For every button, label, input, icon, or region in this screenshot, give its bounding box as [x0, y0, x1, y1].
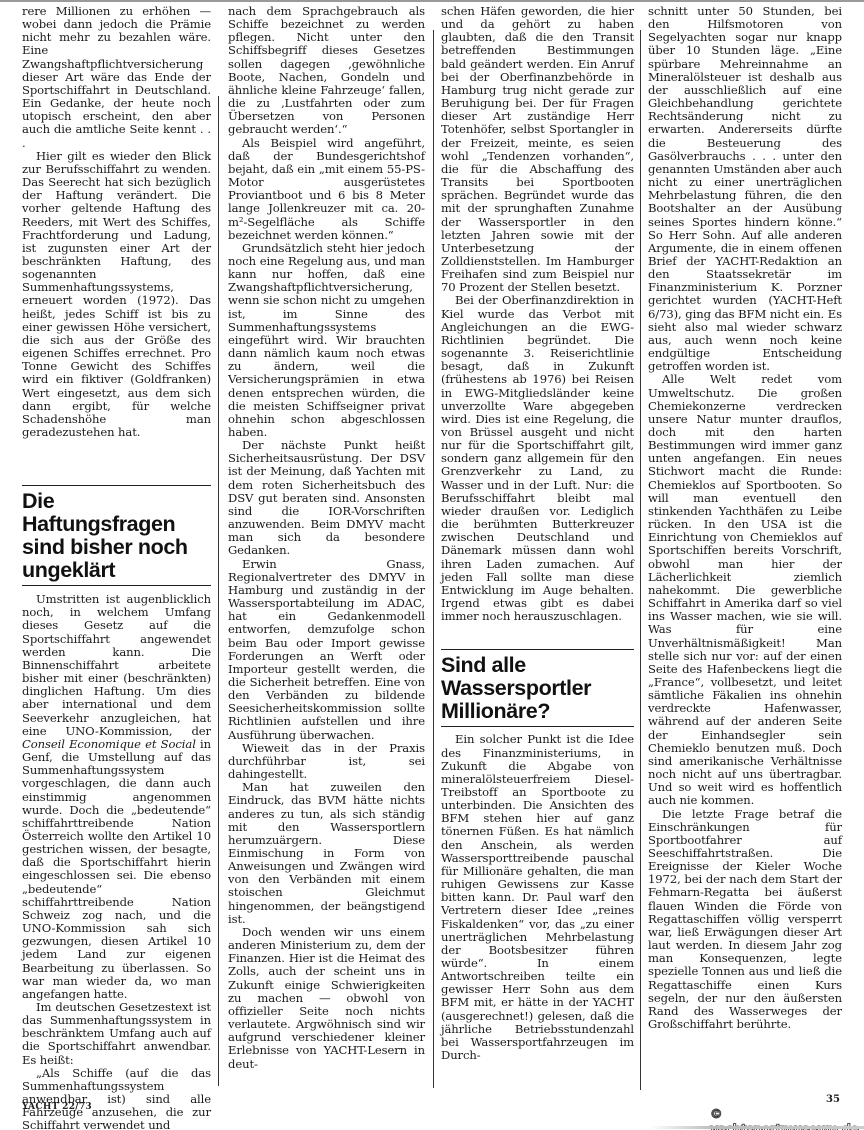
column-1: rere Millionen zu erhöhen — wobei dann j…	[22, 5, 211, 1130]
paragraph: rere Millionen zu erhöhen — wobei dann j…	[22, 5, 211, 150]
paragraph: Wieweit das in der Praxis durchführbar i…	[228, 742, 425, 781]
paragraph: „Als Schiffe (auf die das Summenhaftungs…	[22, 1067, 211, 1130]
paragraph: Ein solcher Punkt ist die Idee des Finan…	[441, 733, 634, 1062]
paragraph: Im deutschen Gesetzestext ist das Summen…	[22, 1001, 211, 1067]
section-headline-haftungsfragen: Die Haftungsfragen sind bisher noch unge…	[22, 485, 211, 586]
paragraph: schen Häfen geworden, die hier und da ge…	[441, 5, 634, 294]
page-number: 35	[826, 1094, 840, 1105]
column-4: schnitt unter 50 Stunden, bei den Hilfsm…	[648, 5, 842, 1031]
paragraph: Grundsätzlich steht hier jedoch noch ein…	[228, 242, 425, 439]
spacer	[441, 623, 634, 649]
paragraph: Alle Welt redet vom Umweltschutz. Die gr…	[648, 373, 842, 807]
paragraph: Man hat zuweilen den Eindruck, das BVM h…	[228, 781, 425, 926]
paragraph: nach dem Sprachgebrauch als Schiffe beze…	[228, 5, 425, 137]
paragraph: Hier gilt es wieder den Blick zur Berufs…	[22, 150, 211, 439]
column-rule	[218, 96, 219, 1086]
column-rule	[433, 30, 434, 1088]
column-3: schen Häfen geworden, die hier und da ge…	[441, 5, 634, 1062]
paragraph: Als Beispiel wird angeführt, daß der Bun…	[228, 137, 425, 242]
column-rule	[640, 30, 641, 1090]
paragraph: schnitt unter 50 Stunden, bei den Hilfsm…	[648, 5, 842, 373]
scan-top-edge	[0, 0, 864, 2]
spacer	[22, 439, 211, 485]
paragraph: Erwin Gnass, Regionalvertreter des DMYV …	[228, 558, 425, 742]
issue-label: YACHT 22/73	[22, 1102, 92, 1112]
italic-org-name: Conseil Economique et Social	[22, 737, 196, 751]
paragraph: Der nächste Punkt heißt Sicherheitsausrü…	[228, 439, 425, 557]
paragraph: Die letzte Frage betraf die Einschränkun…	[648, 808, 842, 1032]
paragraph: Doch wenden wir uns einem anderen Minist…	[228, 926, 425, 1071]
text-run: in Genf, die Umstellung auf das Summenha…	[22, 737, 211, 1001]
paragraph: Bei der Oberfinanzdirektion in Kiel wurd…	[441, 294, 634, 623]
text-run: Umstritten ist augenblicklich noch, in w…	[22, 592, 211, 738]
section-headline-millionaere: Sind alle Wassersportler Millionäre?	[441, 649, 634, 727]
column-2: nach dem Sprachgebrauch als Schiffe beze…	[228, 5, 425, 1071]
scan-bottom-edge	[650, 1126, 864, 1129]
paragraph: Umstritten ist augenblicklich noch, in w…	[22, 593, 211, 1001]
